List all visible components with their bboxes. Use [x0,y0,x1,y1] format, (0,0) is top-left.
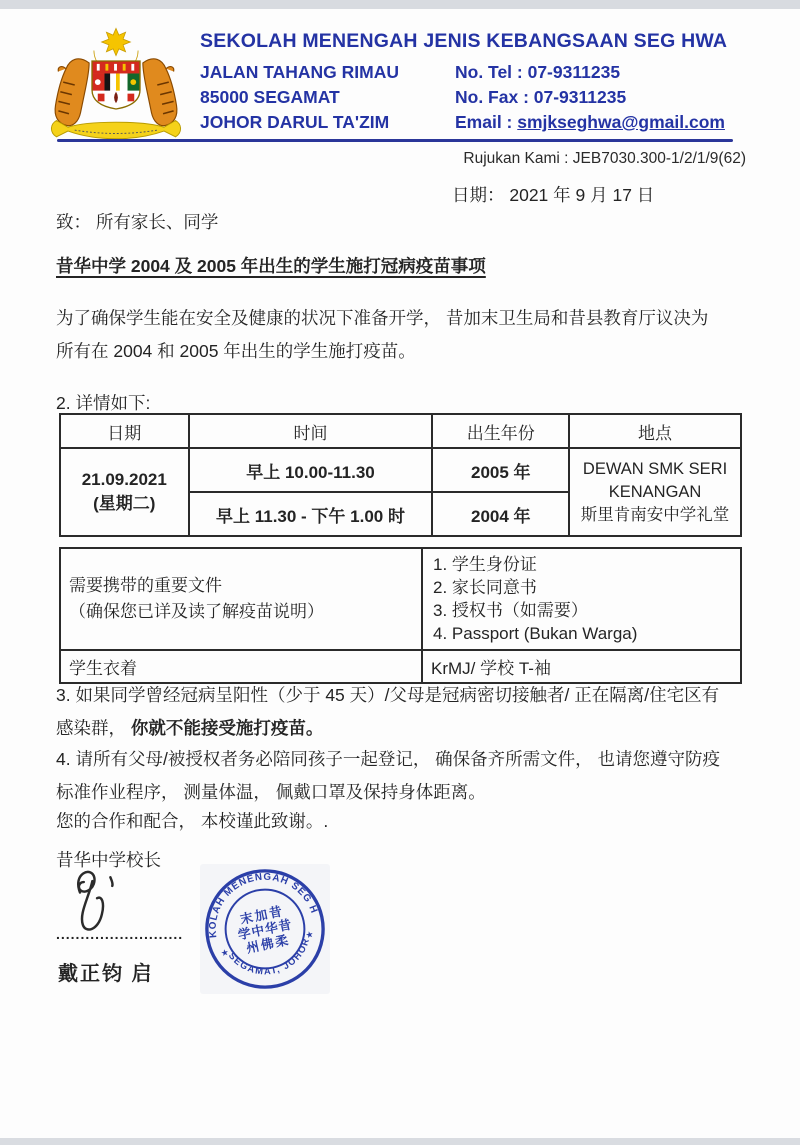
tiger-left-icon [55,59,89,126]
col-header-location: 地点 [569,414,741,448]
table-row: 需要携带的重要文件 （确保您已详及读了解疫苗说明） 1. 学生身份证 2. 家长… [60,548,741,650]
paragraph-eligibility: 3. 如果同学曾经冠病呈阳性（少于 45 天）/父母是冠病密切接触者/ 正在隔离… [56,679,732,745]
cell-time-2: 早上 11.30 - 下午 1.00 时 [189,492,433,536]
cell-date: 21.09.2021 (星期二) [60,448,189,536]
table-header-row: 日期 时间 出生年份 地点 [60,414,741,448]
document-item: 1. 学生身份证 [433,553,730,576]
table-row: 21.09.2021 (星期二) 早上 10.00-11.30 2005 年 D… [60,448,741,492]
header-divider [57,139,733,142]
cell-year-1: 2005 年 [432,448,569,492]
date-line: 日期： 2021 年 9 月 17 日 [452,182,654,207]
tiger-right-icon [143,59,177,126]
star-icon [102,28,131,55]
reference-number: Rujukan Kami : JEB7030.300-1/2/1/9(62) [463,150,746,168]
shield-icon [92,61,140,109]
document-item: 3. 授权书（如需要） [433,599,730,622]
documents-label-line-1: 需要携带的重要文件 [69,573,413,599]
email-line: Email : smjkseghwa@gmail.com [455,110,725,135]
tel-line: No. Tel : 07-9311235 [455,60,620,85]
location-line-1: DEWAN SMK SERI [578,458,732,481]
location-line-3: 斯里肯南安中学礼堂 [578,504,732,527]
requirements-table: 需要携带的重要文件 （确保您已详及读了解疫苗说明） 1. 学生身份证 2. 家长… [59,547,742,684]
col-header-time: 时间 [189,414,433,448]
vaccination-schedule-table: 日期 时间 出生年份 地点 21.09.2021 (星期二) 早上 10.00-… [59,413,742,537]
stamp-star-left-icon: ★ [220,947,230,958]
school-stamp: SEKOLAH MENENGAH SEG HWA SEGAMAT, JOHOR … [200,864,330,994]
document-page: SEKOLAH MENENGAH JENIS KEBANGSAAN SEG HW… [0,0,800,1145]
col-header-birth-year: 出生年份 [432,414,569,448]
school-stamp-icon: SEKOLAH MENENGAH SEG HWA SEGAMAT, JOHOR … [200,864,330,994]
paragraph-intro: 为了确保学生能在安全及健康的状况下准备开学， 昔加末卫生局和昔县教育厅议决为所有… [56,302,720,368]
photo-edge-top [0,0,800,9]
cell-time-1: 早上 10.00-11.30 [189,448,433,492]
address-line-3: JOHOR DARUL TA'ZIM [200,110,455,135]
recipient-line: 致： 所有家长、同学 [56,209,218,234]
cell-year-2: 2004 年 [432,492,569,536]
address-line-1: JALAN TAHANG RIMAU [200,60,455,85]
location-line-2: KENANGAN [578,481,732,504]
signer-name: 戴正钧 启 [58,957,154,986]
fax-line: No. Fax : 07-9311235 [455,85,626,110]
document-item: 2. 家长同意书 [433,576,730,599]
malaysia-coat-of-arms-logo [44,26,188,144]
cell-location: DEWAN SMK SERI KENANGAN 斯里肯南安中学礼堂 [569,448,741,536]
date-weekday: (星期二) [69,492,180,516]
eligibility-warning-bold: 你就不能接受施打疫苗。 [131,718,324,738]
col-header-date: 日期 [60,414,189,448]
document-title: 昔华中学 2004 及 2005 年出生的学生施打冠病疫苗事项 [56,253,486,278]
paragraph-sop: 4. 请所有父母/被授权者务必陪同孩子一起登记， 确保备齐所需文件， 也请您遵守… [56,743,732,809]
documents-label-line-2: （确保您已详及读了解疫苗说明） [69,599,413,625]
address-line-2: 85000 SEGAMAT [200,85,455,110]
letterhead: SEKOLAH MENENGAH JENIS KEBANGSAAN SEG HW… [200,30,748,135]
photo-edge-bottom [0,1138,800,1145]
document-item: 4. Passport (Bukan Warga) [433,622,730,645]
stamp-star-right-icon: ★ [305,929,315,940]
email-link[interactable]: smjkseghwa@gmail.com [517,112,725,132]
school-name: SEKOLAH MENENGAH JENIS KEBANGSAAN SEG HW… [200,30,748,53]
cell-documents-list: 1. 学生身份证 2. 家长同意书 3. 授权书（如需要） 4. Passpor… [422,548,741,650]
closing-thanks: 您的合作和配合， 本校谨此致谢。. [56,805,328,838]
date-value: 21.09.2021 [69,468,180,492]
cell-documents-label: 需要携带的重要文件 （确保您已详及读了解疫苗说明） [60,548,422,650]
signature-dotted-line: .......................... [56,926,183,942]
email-label: Email : [455,112,517,132]
